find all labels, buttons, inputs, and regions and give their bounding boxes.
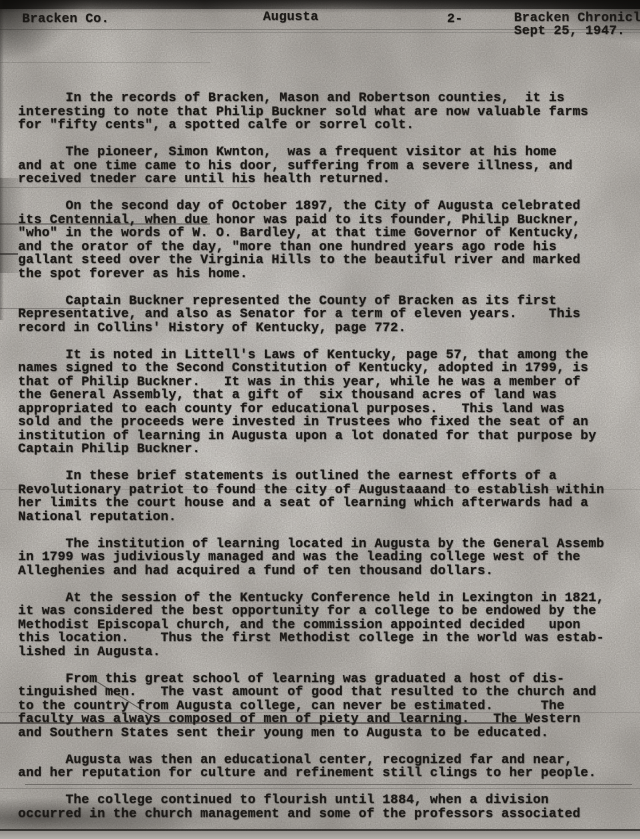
scan-line (0, 62, 210, 63)
paragraph: In these brief statements is outlined th… (18, 469, 634, 523)
document-body: In the records of Bracken, Mason and Rob… (18, 91, 634, 834)
paragraph: The college continued to flourish until … (18, 793, 634, 820)
paragraph: Augusta was then an educational center, … (18, 753, 634, 780)
paragraph: In the records of Bracken, Mason and Rob… (18, 91, 634, 132)
header-city: Augusta (263, 10, 318, 24)
document-page: Bracken Co. Augusta 2- Bracken Chronicl … (0, 0, 640, 839)
paragraph: It is noted in Littell's Laws of Kentuck… (18, 348, 634, 456)
scan-edge-top-dark (0, 0, 640, 9)
scan-mark (0, 253, 18, 255)
paragraph: The institution of learning located in A… (18, 537, 634, 578)
header-page-number: 2- (447, 12, 463, 26)
header-date: Sept 25, 1947. (514, 24, 625, 38)
scan-corner-top-left (0, 0, 80, 62)
header-county: Bracken Co. (22, 12, 109, 26)
paragraph: Captain Buckner represented the County o… (18, 294, 634, 335)
paragraph: On the second day of October 1897, the C… (18, 199, 634, 280)
paragraph: At the session of the Kentucky Conferenc… (18, 591, 634, 659)
paragraph: From this great school of learning was g… (18, 672, 634, 740)
scan-edge-left (0, 0, 4, 320)
paragraph: The pioneer, Simon Kwnton, was a frequen… (18, 145, 634, 186)
